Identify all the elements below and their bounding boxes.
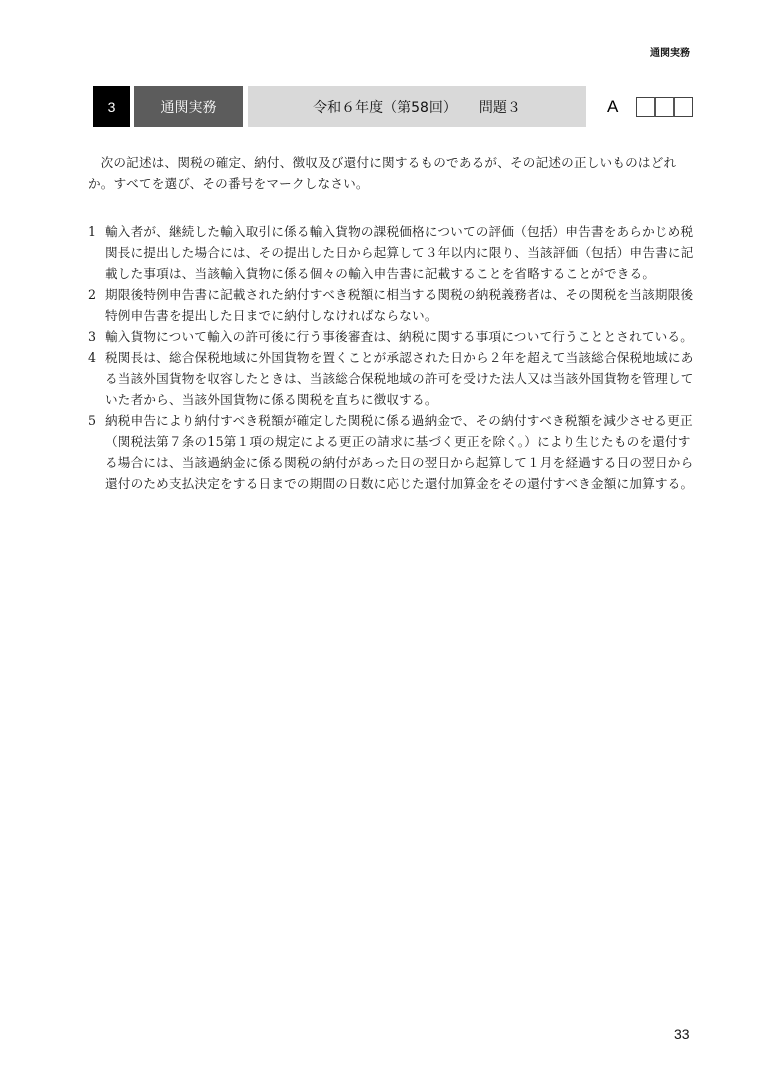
choice-text: 税関長は、総合保税地域に外国貨物を置くことが承認された日から２年を超えて当該総合… [105,350,694,407]
question-number: 3 [93,86,130,127]
choice-text: 輸入貨物について輸入の許可後に行う事後審査は、納税に関する事項について行うことと… [105,329,693,344]
choice-item-1: 1 輸入者が、継続した輸入取引に係る輸入貨物の課税価格についての評価（包括）申告… [88,221,700,284]
choice-number: 5 [88,410,104,431]
problem-label: 問題３ [479,97,521,117]
choice-text: 納税申告により納付すべき税額が確定した関税に係る過納金で、その納付すべき税額を減… [105,413,693,491]
choice-item-2: 2 期限後特例申告書に記載された納付すべき税額に相当する関税の納税義務者は、その… [88,284,700,326]
running-head: 通関実務 [650,44,690,59]
choice-text: 輸入者が、継続した輸入取引に係る輸入貨物の課税価格についての評価（包括）申告書を… [105,224,694,281]
choice-number: 4 [88,347,104,368]
question-header: 3 通関実務 令和６年度（第58回） 問題３ A [93,86,703,127]
choice-number: 3 [88,326,104,347]
choice-item-3: 3 輸入貨物について輸入の許可後に行う事後審査は、納税に関する事項について行うこ… [88,326,700,347]
check-box-3[interactable] [673,97,693,117]
choice-number: 1 [88,221,104,242]
rank-label: A [607,86,618,127]
check-boxes [636,97,692,117]
exam-title: 令和６年度（第58回） [313,97,457,117]
check-box-1[interactable] [636,97,655,117]
choice-number: 2 [88,284,104,305]
choice-text: 期限後特例申告書に記載された納付すべき税額に相当する関税の納税義務者は、その関税… [105,287,693,323]
question-intro: 次の記述は、関税の確定、納付、徴収及び還付に関するものであるが、その記述の正しい… [88,152,700,194]
check-box-2[interactable] [654,97,674,117]
choice-item-4: 4 税関長は、総合保税地域に外国貨物を置くことが承認された日から２年を超えて当該… [88,347,700,410]
choice-item-5: 5 納税申告により納付すべき税額が確定した関税に係る過納金で、その納付すべき税額… [88,410,700,494]
subject-label: 通関実務 [134,86,243,127]
page-number: 33 [674,1026,690,1042]
choice-list: 1 輸入者が、継続した輸入取引に係る輸入貨物の課税価格についての評価（包括）申告… [88,221,700,494]
exam-title-box: 令和６年度（第58回） 問題３ [248,86,586,127]
